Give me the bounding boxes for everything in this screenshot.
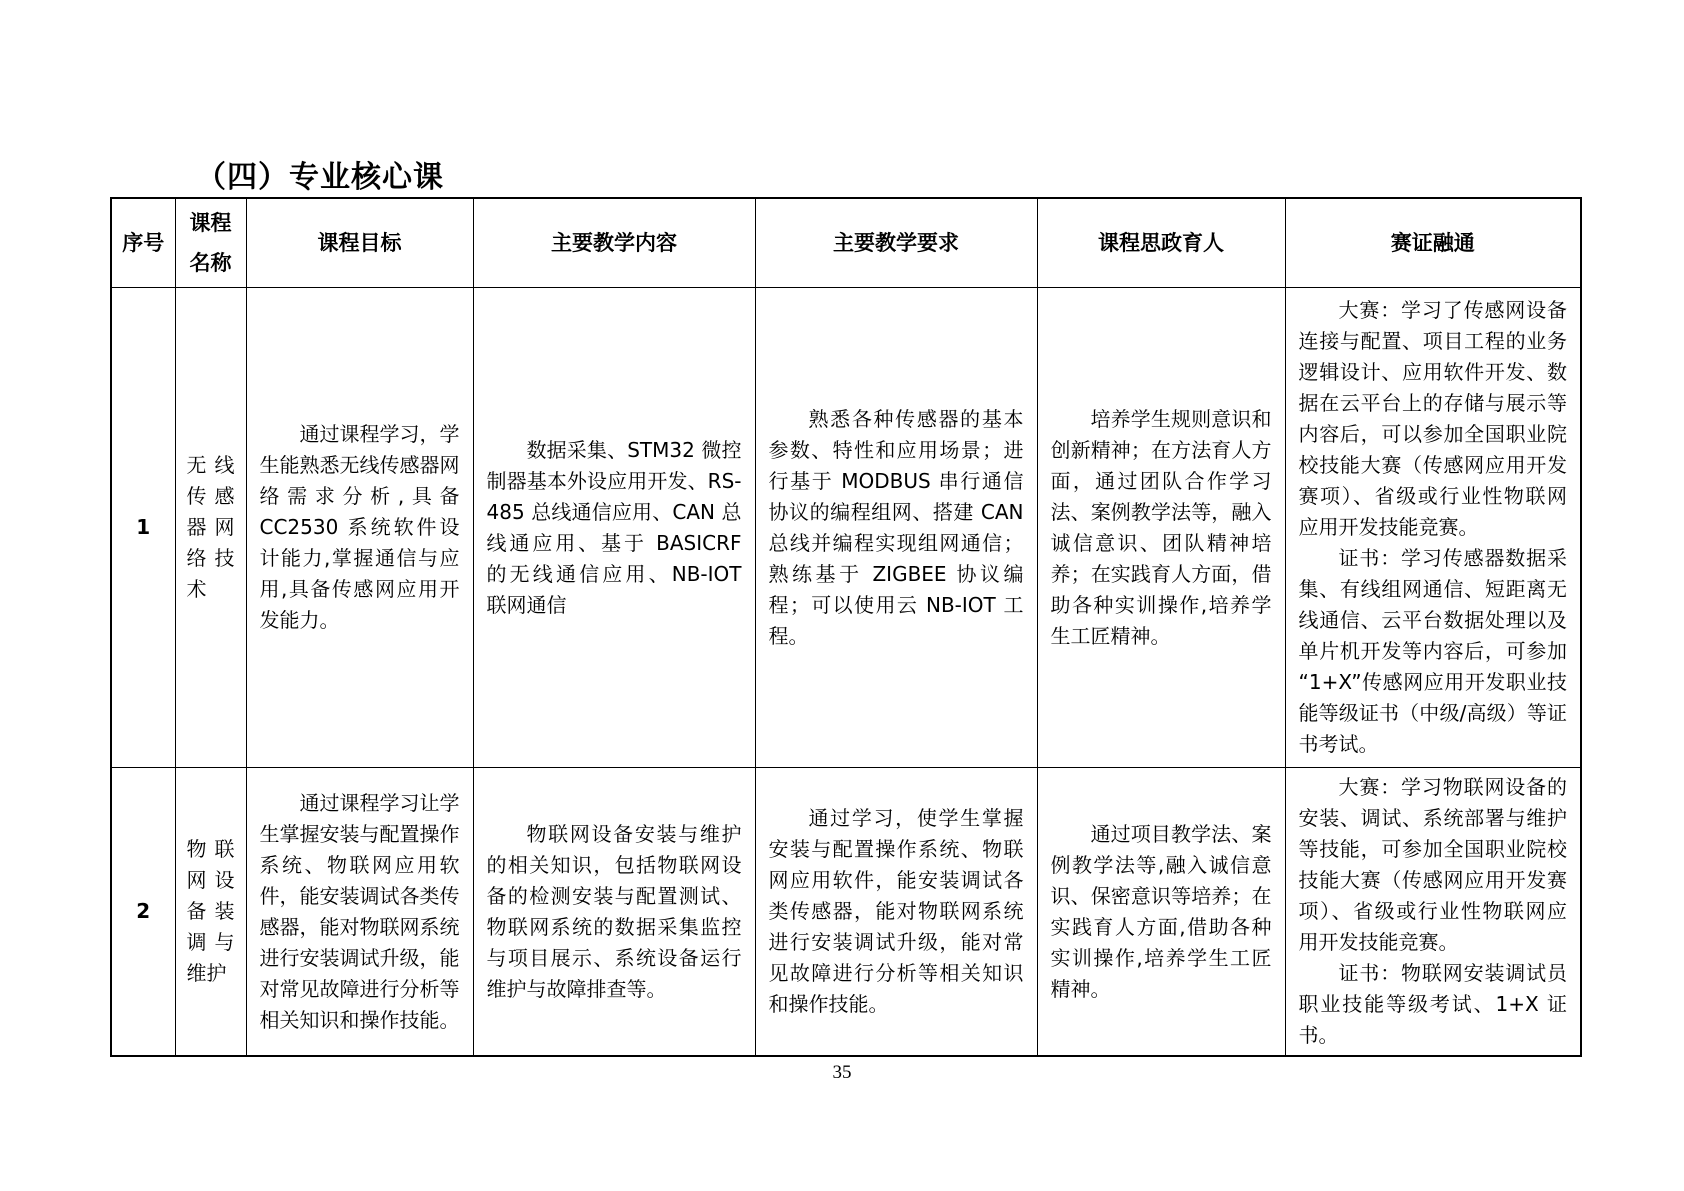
table-header-row: 序号 课程名称 课程目标 主要教学内容 主要教学要求 课程思政育人 赛证融通 xyxy=(111,198,1581,288)
competition-paragraph: 大赛：学习物联网设备的安装、调试、系统部署与维护等技能，可参加全国职业院校技能大… xyxy=(1299,772,1568,958)
certificate-paragraph: 证书：学习传感器数据采集、有线组网通信、短距离无线通信、云平台数据处理以及单片机… xyxy=(1299,543,1568,760)
row2-ideology: 通过项目教学法、案例教学法等,融入诚信意识、保密意识等培养；在实践育人方面,借助… xyxy=(1037,768,1285,1057)
column-header-course-name: 课程名称 xyxy=(175,198,246,288)
objectives-paragraph: 通过课程学习让学生掌握安装与配置操作系统、物联网应用软件，能安装调试各类传感器，… xyxy=(260,788,460,1036)
row2-index: 2 xyxy=(111,768,175,1057)
content-paragraph: 物联网设备安装与维护的相关知识，包括物联网设备的检测安装与配置测试、物联网系统的… xyxy=(487,819,742,1005)
table-row: 2 物联网设备装调与维护 通过课程学习让学生掌握安装与配置操作系统、物联网应用软… xyxy=(111,768,1581,1057)
row2-requirements: 通过学习，使学生掌握安装与配置操作系统、物联网应用软件，能安装调试各类传感器，能… xyxy=(755,768,1037,1057)
row1-competition: 大赛：学习了传感网设备连接与配置、项目工程的业务逻辑设计、应用软件开发、数据在云… xyxy=(1285,288,1581,768)
ideology-paragraph: 通过项目教学法、案例教学法等,融入诚信意识、保密意识等培养；在实践育人方面,借助… xyxy=(1051,819,1272,1005)
content-paragraph: 数据采集、STM32 微控制器基本外设应用开发、RS-485 总线通信应用、CA… xyxy=(487,435,742,621)
row1-requirements: 熟悉各种传感器的基本参数、特性和应用场景；进行基于 MODBUS 串行通信协议的… xyxy=(755,288,1037,768)
row1-ideology: 培养学生规则意识和创新精神；在方法育人方面，通过团队合作学习法、案例教学法等，融… xyxy=(1037,288,1285,768)
column-header-competition: 赛证融通 xyxy=(1285,198,1581,288)
column-header-ideology: 课程思政育人 xyxy=(1037,198,1285,288)
row2-course-name: 物联网设备装调与维护 xyxy=(175,768,246,1057)
objectives-paragraph: 通过课程学习，学生能熟悉无线传感器网络需求分析,具备 CC2530 系统软件设计… xyxy=(260,419,460,636)
section-title: （四）专业核心课 xyxy=(196,152,444,196)
ideology-paragraph: 培养学生规则意识和创新精神；在方法育人方面，通过团队合作学习法、案例教学法等，融… xyxy=(1051,404,1272,652)
document-page: （四）专业核心课 序号 课程名称 课程目标 主要教学内容 主要教学要求 课程思政… xyxy=(0,0,1684,1191)
column-header-index: 序号 xyxy=(111,198,175,288)
row1-content: 数据采集、STM32 微控制器基本外设应用开发、RS-485 总线通信应用、CA… xyxy=(473,288,755,768)
page-number: 35 xyxy=(0,1062,1684,1084)
table-row: 1 无线传感器网络技术 通过课程学习，学生能熟悉无线传感器网络需求分析,具备 C… xyxy=(111,288,1581,768)
row2-competition: 大赛：学习物联网设备的安装、调试、系统部署与维护等技能，可参加全国职业院校技能大… xyxy=(1285,768,1581,1057)
column-header-objectives: 课程目标 xyxy=(246,198,473,288)
column-header-content: 主要教学内容 xyxy=(473,198,755,288)
requirements-paragraph: 熟悉各种传感器的基本参数、特性和应用场景；进行基于 MODBUS 串行通信协议的… xyxy=(769,404,1024,652)
row2-content: 物联网设备安装与维护的相关知识，包括物联网设备的检测安装与配置测试、物联网系统的… xyxy=(473,768,755,1057)
row1-objectives: 通过课程学习，学生能熟悉无线传感器网络需求分析,具备 CC2530 系统软件设计… xyxy=(246,288,473,768)
certificate-paragraph: 证书：物联网安装调试员职业技能等级考试、1+X 证书。 xyxy=(1299,958,1568,1051)
row1-index: 1 xyxy=(111,288,175,768)
column-header-requirements: 主要教学要求 xyxy=(755,198,1037,288)
core-course-table: 序号 课程名称 课程目标 主要教学内容 主要教学要求 课程思政育人 赛证融通 1… xyxy=(110,197,1582,1057)
row1-course-name: 无线传感器网络技术 xyxy=(175,288,246,768)
competition-paragraph: 大赛：学习了传感网设备连接与配置、项目工程的业务逻辑设计、应用软件开发、数据在云… xyxy=(1299,295,1568,543)
requirements-paragraph: 通过学习，使学生掌握安装与配置操作系统、物联网应用软件，能安装调试各类传感器，能… xyxy=(769,803,1024,1020)
row2-objectives: 通过课程学习让学生掌握安装与配置操作系统、物联网应用软件，能安装调试各类传感器，… xyxy=(246,768,473,1057)
